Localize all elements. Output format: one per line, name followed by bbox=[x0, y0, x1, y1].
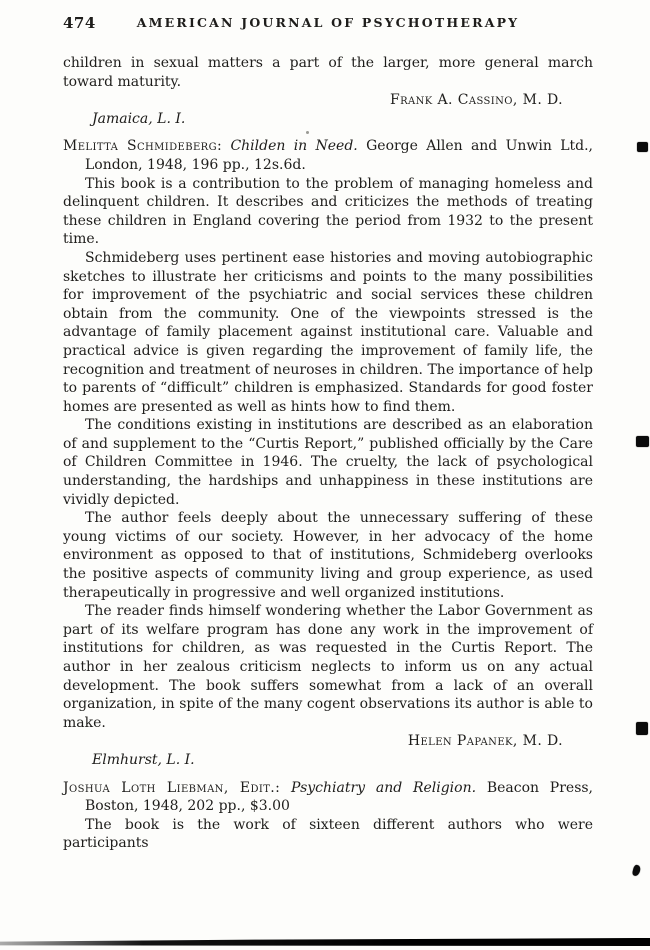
ink-speck bbox=[636, 722, 648, 735]
scan-edge-line bbox=[0, 938, 650, 946]
reviewer-location-papanek: Elmhurst, L. I. bbox=[63, 751, 593, 770]
reviewer-signature-cassino: Frank A. Cassino, M. D. bbox=[63, 91, 593, 110]
ink-speck bbox=[632, 864, 641, 876]
review-paragraph: The author feels deeply about the unnece… bbox=[63, 509, 593, 602]
page-number: 474 bbox=[63, 14, 96, 33]
book-author-schmideberg: Melitta Schmideberg: bbox=[63, 138, 222, 154]
review-paragraph: This book is a contribution to the probl… bbox=[63, 175, 593, 249]
book-author-liebman: Joshua Loth Liebman, Edit.: bbox=[63, 780, 280, 796]
ink-speck bbox=[636, 436, 649, 447]
journal-title: AMERICAN JOURNAL OF PSYCHOTHERAPY bbox=[63, 14, 593, 33]
journal-page: 474 AMERICAN JOURNAL OF PSYCHOTHERAPY ch… bbox=[0, 0, 650, 950]
book-title-liebman: Psychiatry and Religion. bbox=[291, 780, 476, 796]
review-paragraph: The conditions existing in institutions … bbox=[63, 416, 593, 509]
reviewer-location-cassino: Jamaica, L. I. bbox=[63, 110, 593, 129]
text-column: children in sexual matters a part of the… bbox=[63, 54, 593, 853]
review-liebman-heading: Joshua Loth Liebman, Edit.: Psychiatry a… bbox=[63, 779, 593, 816]
review-paragraph: The book is the work of sixteen differen… bbox=[63, 816, 593, 853]
page-header: 474 AMERICAN JOURNAL OF PSYCHOTHERAPY bbox=[63, 14, 593, 33]
review-paragraph: Schmideberg uses pertinent ease historie… bbox=[63, 249, 593, 416]
review-paragraph: The reader finds himself wondering wheth… bbox=[63, 602, 593, 732]
ink-speck bbox=[637, 142, 648, 152]
reviewer-signature-papanek: Helen Papanek, M. D. bbox=[63, 732, 593, 751]
review-schmideberg-heading: Melitta Schmideberg: Childen in Need. Ge… bbox=[63, 137, 593, 174]
dust-speck bbox=[306, 131, 309, 134]
review-cassino-closing-paragraph: children in sexual matters a part of the… bbox=[63, 54, 593, 91]
book-title-schmideberg: Childen in Need. bbox=[230, 138, 357, 154]
